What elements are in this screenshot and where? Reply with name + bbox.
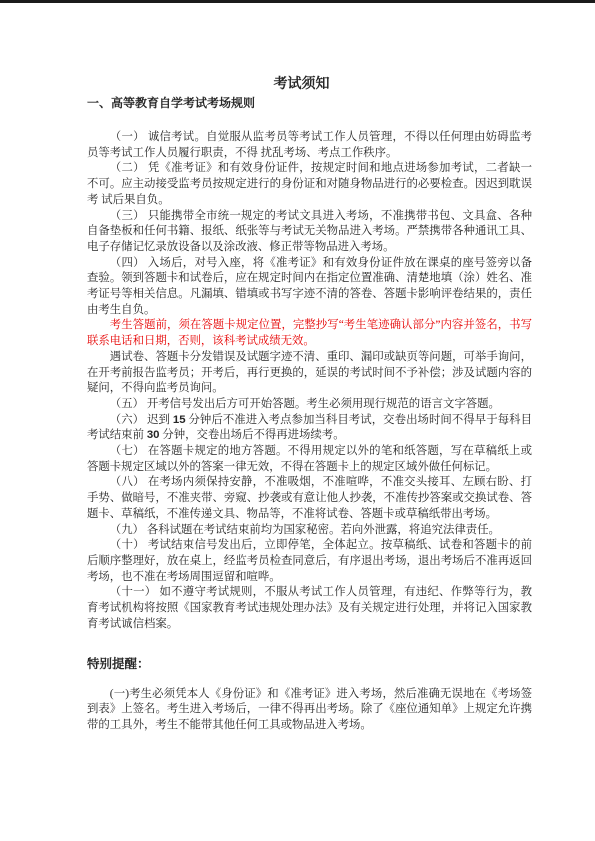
rule-7-answer-area: （七） 在答题卡规定的地方答题。不得用规定以外的笔和纸答题，写在草稿纸上或答题卡… <box>87 444 532 475</box>
rule-11-violations: （十一） 如不遵守考试规则，不服从考试工作人员管理，有违纪、作弊等行为，教育考试… <box>87 585 532 632</box>
early-leave-minutes-value: 30 <box>147 429 160 441</box>
special-reminder-heading: 特别提醒： <box>87 656 532 672</box>
special-reminder-section: (一)考生必须凭本人《身份证》和《准考证》进入考场，然后准确无误地在《考场签到表… <box>87 687 532 734</box>
document-title: 考试须知 <box>79 74 524 92</box>
rule-6-prefix: （六） 迟到 <box>110 414 173 426</box>
rule-6-time-limits: （六） 迟到 15 分钟后不准进入考点参加当科目考试，交卷出场时间不得早于每科目… <box>87 413 532 444</box>
rule-8-conduct: （八） 在考场内须保持安静，不准吸烟，不准喧哗，不准交头接耳、左顾右盼、打手势、… <box>87 475 532 522</box>
paper-issue-notice: 遇试卷、答题卡分发错误及试题字迹不清、重印、漏印或缺页等问题，可举手询问，在开考… <box>87 350 532 397</box>
rule-6-suffix: 分钟，交卷出场后不得再进场续考。 <box>159 429 344 441</box>
rules-section-heading: 一、高等教育自学考试考场规则 <box>87 95 532 112</box>
rule-5-start-signal: （五） 开考信号发出后方可开始答题。考生必须用现行规范的语言文字答题。 <box>87 397 532 413</box>
rule-9-state-secret: （九） 各科试题在考试结束前均为国家秘密。若向外泄露，将追究法律责任。 <box>87 523 532 539</box>
rules-section: （一） 诚信考试。自觉服从监考员等考试工作人员管理，不得以任何理由妨碍监考员等考… <box>87 130 532 633</box>
rule-10-end-signal: （十） 考试结束信号发出后，立即停笔，全体起立。按草稿纸、试卷和答题卡的前后顺序… <box>87 538 532 585</box>
rule-4-seating: （四） 入场后，对号入座，将《准考证》和有效身份证件放在课桌的座号签旁以备查验。… <box>87 256 532 319</box>
document-page: 考试须知 一、高等教育自学考试考场规则 （一） 诚信考试。自觉服从监考员等考试工… <box>87 0 532 734</box>
special-reminder-paragraph: (一)考生必须凭本人《身份证》和《准考证》进入考场，然后准确无误地在《考场签到表… <box>87 687 532 734</box>
handwriting-confirmation-notice: 考生答题前，须在答题卡规定位置，完整抄写“考生笔迹确认部分”内容并签名，书写联系… <box>87 318 532 349</box>
late-minutes-value: 15 <box>173 414 186 426</box>
rule-3-allowed-items: （三） 只能携带全市统一规定的考试文具进入考场，不准携带书包、文具盒、各种自备垫… <box>87 209 532 256</box>
rule-2-admission-ticket: （二） 凭《准考证》和有效身份证件，按规定时间和地点进场参加考试，二者缺一不可。… <box>87 161 532 208</box>
rule-1-integrity: （一） 诚信考试。自觉服从监考员等考试工作人员管理，不得以任何理由妨碍监考员等考… <box>87 130 532 161</box>
